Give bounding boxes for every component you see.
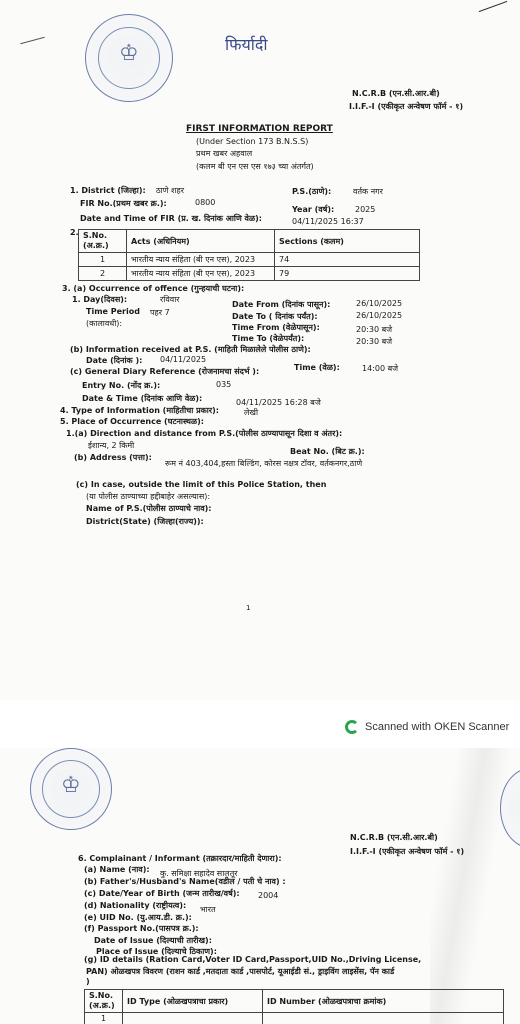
- time-to-label: Time To (वेळेपर्यंत):: [232, 333, 304, 344]
- emblem-icon: ♔: [61, 773, 81, 798]
- year-value: 2025: [355, 205, 375, 214]
- subtitle-line: प्रथम खबर अहवाल: [196, 148, 252, 159]
- handwritten-title: फिर्यादी: [225, 33, 268, 55]
- cell-id-type: [123, 1013, 263, 1024]
- ps-label: P.S.(ठाणे):: [292, 186, 331, 197]
- cell-sno: 1: [79, 253, 127, 267]
- father-label: (b) Father's/Husband's Name(वडील / पती च…: [84, 876, 286, 887]
- table-row: 1 भारतीय न्याय संहिता (बी एन एस), 2023 7…: [79, 253, 420, 267]
- table-header-row: S.No. (अ.क्र.) ID Type (ओळखपत्राचा प्रका…: [85, 990, 504, 1013]
- fir-datetime-label: Date and Time of FIR (प्र. ख. दिनांक आणि…: [80, 213, 262, 224]
- col-header: S.No. (अ.क्र.): [79, 230, 127, 253]
- pen-mark: [20, 37, 44, 44]
- info-time-label: Time (वेळ):: [294, 362, 340, 373]
- outside-limit-sub: (या पोलीस ठाण्याच्या हद्दीबाहेर असल्यास)…: [86, 491, 210, 502]
- address-label: (b) Address (पत्ता):: [74, 452, 152, 463]
- cell-sno: 1: [85, 1013, 123, 1024]
- entry-no-label: Entry No. (नोंद क्र.):: [82, 380, 160, 391]
- emblem-icon: ♔: [119, 41, 139, 66]
- direction-label: 1.(a) Direction and distance from P.S.(प…: [66, 428, 342, 439]
- oken-logo-icon: [345, 720, 359, 734]
- time-period-label: Time Period: [86, 307, 140, 316]
- col-header: S.No. (अ.क्र.): [85, 990, 123, 1013]
- dob-label: (c) Date/Year of Birth (जन्म तारीख/वर्ष)…: [84, 888, 240, 899]
- occurrence-label: 3. (a) Occurrence of offence (गुन्हयाची …: [62, 283, 244, 294]
- info-date-value: 04/11/2025: [160, 355, 206, 364]
- info-time-value: 14:00 बजे: [362, 363, 398, 374]
- ncrb-header: N.C.R.B (एन.सी.आर.बी): [352, 88, 440, 99]
- time-period-sub: (कालावधी):: [86, 318, 122, 329]
- table-row: 2 भारतीय न्याय संहिता (बी एन एस), 2023 7…: [79, 267, 420, 281]
- col-header: ID Type (ओळखपत्राचा प्रकार): [123, 990, 263, 1013]
- id-details-line2: PAN) ओळखपत्र विवरण (राशन कार्ड ,मतदाता क…: [86, 966, 394, 977]
- gd-label: (c) General Diary Reference (रोजनामचा सं…: [70, 366, 259, 377]
- place-label: 5. Place of Occurrence (घटनास्थळ):: [60, 416, 204, 427]
- page-number: 1: [246, 604, 250, 612]
- uid-label: (e) UID No. (यु.आय.डी. क्र.):: [84, 912, 192, 923]
- year-label: Year (वर्ष):: [292, 204, 334, 215]
- date-from-value: 26/10/2025: [356, 299, 402, 308]
- report-title: FIRST INFORMATION REPORT: [186, 124, 333, 134]
- nationality-label: (d) Nationality (राष्ट्रीयत्व):: [84, 900, 186, 911]
- fir-page-2: ♔ N.C.R.B (एन.सी.आर.बी) I.I.F.-I (एकीकृत…: [0, 748, 520, 1024]
- acts-table: S.No. (अ.क्र.) Acts (अधिनियम) Sections (…: [78, 229, 420, 281]
- scanner-watermark-text: Scanned with OKEN Scanner: [365, 721, 509, 733]
- table-row: 1: [85, 1013, 504, 1024]
- district-label: 1. District (जिल्हा):: [70, 185, 146, 196]
- police-stamp: ♔: [85, 14, 173, 102]
- direction-value: ईशान्य, 2 किमी: [88, 440, 134, 451]
- info-date-label: Date (दिनांक ):: [86, 355, 142, 366]
- dob-value: 2004: [258, 891, 278, 900]
- id-details-line3: ): [86, 977, 90, 986]
- entry-no-value: 035: [216, 380, 231, 389]
- id-details-label: (g) ID details (Ration Card,Voter ID Car…: [84, 955, 421, 964]
- complainant-label: 6. Complainant / Informant (तक्रारदार/मा…: [78, 853, 282, 864]
- time-from-label: Time From (वेळेपासून):: [232, 322, 320, 333]
- beat-no-label: Beat No. (बिट क्र.):: [290, 446, 365, 457]
- cell-section: 74: [275, 253, 420, 267]
- fir-no-label: FIR No.(प्रथम खबर क्र.):: [80, 198, 167, 209]
- time-from-value: 20:30 बजे: [356, 324, 392, 335]
- district-state-label: District(State) (जिल्हा(राज्य)):: [86, 516, 204, 527]
- gd-datetime-label: Date & Time (दिनांक आणि वेळ):: [82, 393, 202, 404]
- col-header: ID Number (ओळखपत्राचा क्रमांक): [263, 990, 504, 1013]
- day-label: 1. Day(दिवस):: [72, 294, 127, 305]
- police-stamp: ♔: [30, 748, 112, 830]
- nationality-value: भारत: [200, 904, 216, 915]
- address-value: रूम नं 403,404,हस्ता बिल्डिंग, कोरस नक्ष…: [165, 458, 362, 469]
- iif-header: I.I.F.-I (एकीकृत अन्वेषण फॉर्म - १): [350, 846, 464, 857]
- col-header: Sections (कलम): [275, 230, 420, 253]
- passport-label: (f) Passport No.(पासपत्र क्र.):: [84, 923, 199, 934]
- info-received-label: (b) Information received at P.S. (माहिती…: [70, 344, 311, 355]
- cell-sno: 2: [79, 267, 127, 281]
- fir-page-1: ♔ फिर्यादी N.C.R.B (एन.सी.आर.बी) I.I.F.-…: [0, 0, 520, 700]
- subtitle-line: (कलम बी एन एस एस १७३ च्या अंतर्गत): [196, 161, 314, 172]
- pen-mark: [479, 1, 508, 12]
- time-to-value: 20:30 बजे: [356, 336, 392, 347]
- district-value: ठाणे शहर: [156, 185, 184, 196]
- type-info-label: 4. Type of Information (माहितीचा प्रकार)…: [60, 405, 219, 416]
- fir-no-value: 0800: [195, 198, 215, 207]
- day-value: रविवार: [160, 294, 180, 305]
- name-label: (a) Name (नाव):: [84, 864, 150, 875]
- subtitle-line: (Under Section 173 B.N.S.S): [196, 137, 308, 146]
- id-table: S.No. (अ.क्र.) ID Type (ओळखपत्राचा प्रका…: [84, 989, 504, 1024]
- cell-section: 79: [275, 267, 420, 281]
- type-info-value: लेखी: [244, 407, 258, 418]
- table-header-row: S.No. (अ.क्र.) Acts (अधिनियम) Sections (…: [79, 230, 420, 253]
- ncrb-header: N.C.R.B (एन.सी.आर.बी): [350, 832, 438, 843]
- fir-datetime-value: 04/11/2025 16:37: [292, 217, 364, 226]
- cell-act: भारतीय न्याय संहिता (बी एन एस), 2023: [127, 253, 275, 267]
- date-from-label: Date From (दिनांक पासून):: [232, 299, 330, 310]
- name-ps-label: Name of P.S.(पोलीस ठाण्याचे नाव):: [86, 503, 212, 514]
- date-issue-label: Date of Issue (दिल्याची तारीख):: [94, 935, 212, 946]
- date-to-value: 26/10/2025: [356, 311, 402, 320]
- ps-value: वर्तक नगर: [353, 186, 383, 197]
- cell-act: भारतीय न्याय संहिता (बी एन एस), 2023: [127, 267, 275, 281]
- outside-limit-label: (c) In case, outside the limit of this P…: [76, 480, 326, 489]
- time-period-value: पहर 7: [150, 307, 170, 318]
- iif-header: I.I.F.-I (एकीकृत अन्वेषण फॉर्म - १): [349, 101, 463, 112]
- cell-id-number: [263, 1013, 504, 1024]
- date-to-label: Date To ( दिनांक पर्यंत):: [232, 311, 318, 322]
- scanner-watermark: Scanned with OKEN Scanner: [345, 720, 509, 734]
- col-header: Acts (अधिनियम): [127, 230, 275, 253]
